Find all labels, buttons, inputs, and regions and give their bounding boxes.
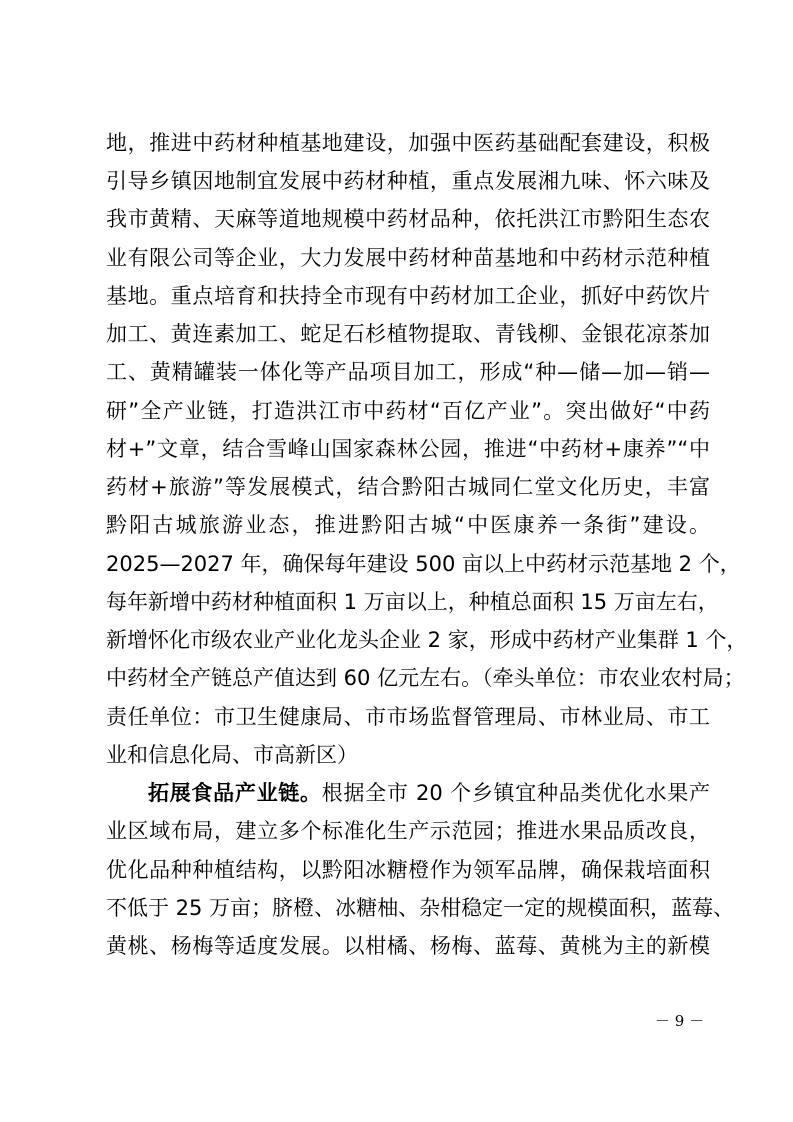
paragraph-line: 每年新增中药材种植面积 1 万亩以上，种植总面积 15 万亩左右， — [106, 590, 710, 614]
page-number: － 9 － — [655, 1010, 704, 1031]
paragraph-line: 基地。重点培育和扶持全市现有中药材加工企业，抓好中药饮片 — [106, 284, 710, 308]
section-first-line: 拓展食品产业链。根据全市 20 个乡镇宜种品类优化水果产 — [148, 781, 710, 805]
paragraph-line: 2025—2027 年，确保每年建设 500 亩以上中药材示范基地 2 个， — [106, 552, 710, 576]
paragraph-line: 材+”文章，结合雪峰山国家森林公园，推进“中药材+康养”“中 — [106, 437, 710, 461]
paragraph-line: 加工、黄连素加工、蛇足石杉植物提取、青钱柳、金银花凉茶加 — [106, 322, 710, 346]
paragraph-line: 黔阳古城旅游业态，推进黔阳古城“中医康养一条街”建设。 — [106, 513, 710, 537]
paragraph-line: 地，推进中药材种植基地建设，加强中医药基础配套建设，积极 — [106, 131, 710, 155]
paragraph-line: 研”全产业链，打造洪江市中药材“百亿产业”。突出做好“中药 — [106, 399, 710, 423]
paragraph-line: 中药材全产链总产值达到 60 亿元左右。（牵头单位：市农业农村局； — [106, 666, 710, 690]
paragraph-line: 药材+旅游”等发展模式，结合黔阳古城同仁堂文化历史，丰富 — [106, 475, 710, 499]
section-heading: 拓展食品产业链。 — [148, 781, 322, 805]
paragraph-line: 引导乡镇因地制宜发展中药材种植，重点发展湘九味、怀六味及 — [106, 169, 710, 193]
paragraph-line: 优化品种种植结构，以黔阳冰糖橙作为领军品牌，确保栽培面积 — [106, 858, 710, 882]
paragraph-line: 业有限公司等企业，大力发展中药材种苗基地和中药材示范种植 — [106, 246, 710, 270]
paragraph-line: 我市黄精、天麻等道地规模中药材品种，依托洪江市黔阳生态农 — [106, 207, 710, 231]
paragraph-line: 责任单位：市卫生健康局、市市场监督管理局、市林业局、市工 — [106, 705, 710, 729]
paragraph-line: 不低于 25 万亩；脐橙、冰糖柚、杂柑稳定一定的规模面积，蓝莓、 — [106, 896, 710, 920]
document-page: 地，推进中药材种植基地建设，加强中医药基础配套建设，积极 引导乡镇因地制宜发展中… — [0, 0, 793, 1122]
section-text: 根据全市 20 个乡镇宜种品类优化水果产 — [322, 781, 710, 805]
paragraph-line: 工、黄精罐装一体化等产品项目加工，形成“种—储—加—销— — [106, 360, 710, 384]
paragraph-line: 业区域布局，建立多个标准化生产示范园；推进水果品质改良， — [106, 819, 710, 843]
paragraph-line: 新增怀化市级农业产业化龙头企业 2 家，形成中药材产业集群 1 个， — [106, 628, 710, 652]
paragraph-line: 黄桃、杨梅等适度发展。以柑橘、杨梅、蓝莓、黄桃为主的新模 — [106, 934, 710, 958]
paragraph-line: 业和信息化局、市高新区） — [106, 743, 710, 767]
